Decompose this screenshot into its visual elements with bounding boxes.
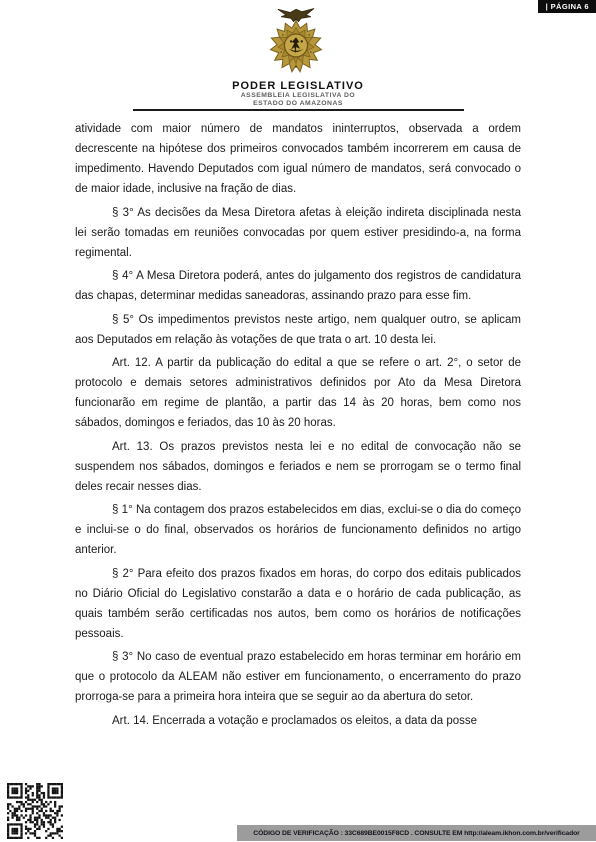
document-page: | PÁGINA 6 PODER LEGISLATIVO ASSEMBLEIA … [0,0,596,842]
page-number-badge: | PÁGINA 6 [538,0,596,13]
paragraph: § 5° Os impedimentos previstos neste art… [75,310,521,350]
verification-text: CÓDIGO DE VERIFICAÇÃO : 33C689BE0015F8CD… [253,830,579,837]
paragraph: § 1° Na contagem dos prazos estabelecido… [75,500,521,560]
verification-bar: CÓDIGO DE VERIFICAÇÃO : 33C689BE0015F8CD… [237,825,596,841]
header-divider [133,109,464,111]
paragraph: § 3° As decisões da Mesa Diretora afetas… [75,203,521,263]
paragraph: Art. 14. Encerrada a votação e proclamad… [75,711,521,731]
org-subtitle-line2: ESTADO DO AMAZONAS [0,100,596,108]
org-subtitle-line1: ASSEMBLEIA LEGISLATIVA DO [0,92,596,100]
paragraph: § 4° A Mesa Diretora poderá, antes do ju… [75,266,521,306]
paragraph: Art. 12. A partir da publicação do edita… [75,353,521,433]
coat-of-arms-icon [263,6,329,80]
org-title: PODER LEGISLATIVO [0,80,596,92]
document-body: atividade com maior número de mandatos i… [75,119,521,734]
paragraph: Art. 13. Os prazos previstos nesta lei e… [75,437,521,497]
qr-code-icon [7,783,63,839]
paragraph: § 3° No caso de eventual prazo estabelec… [75,647,521,707]
paragraph: atividade com maior número de mandatos i… [75,119,521,199]
paragraph: § 2° Para efeito dos prazos fixados em h… [75,564,521,644]
